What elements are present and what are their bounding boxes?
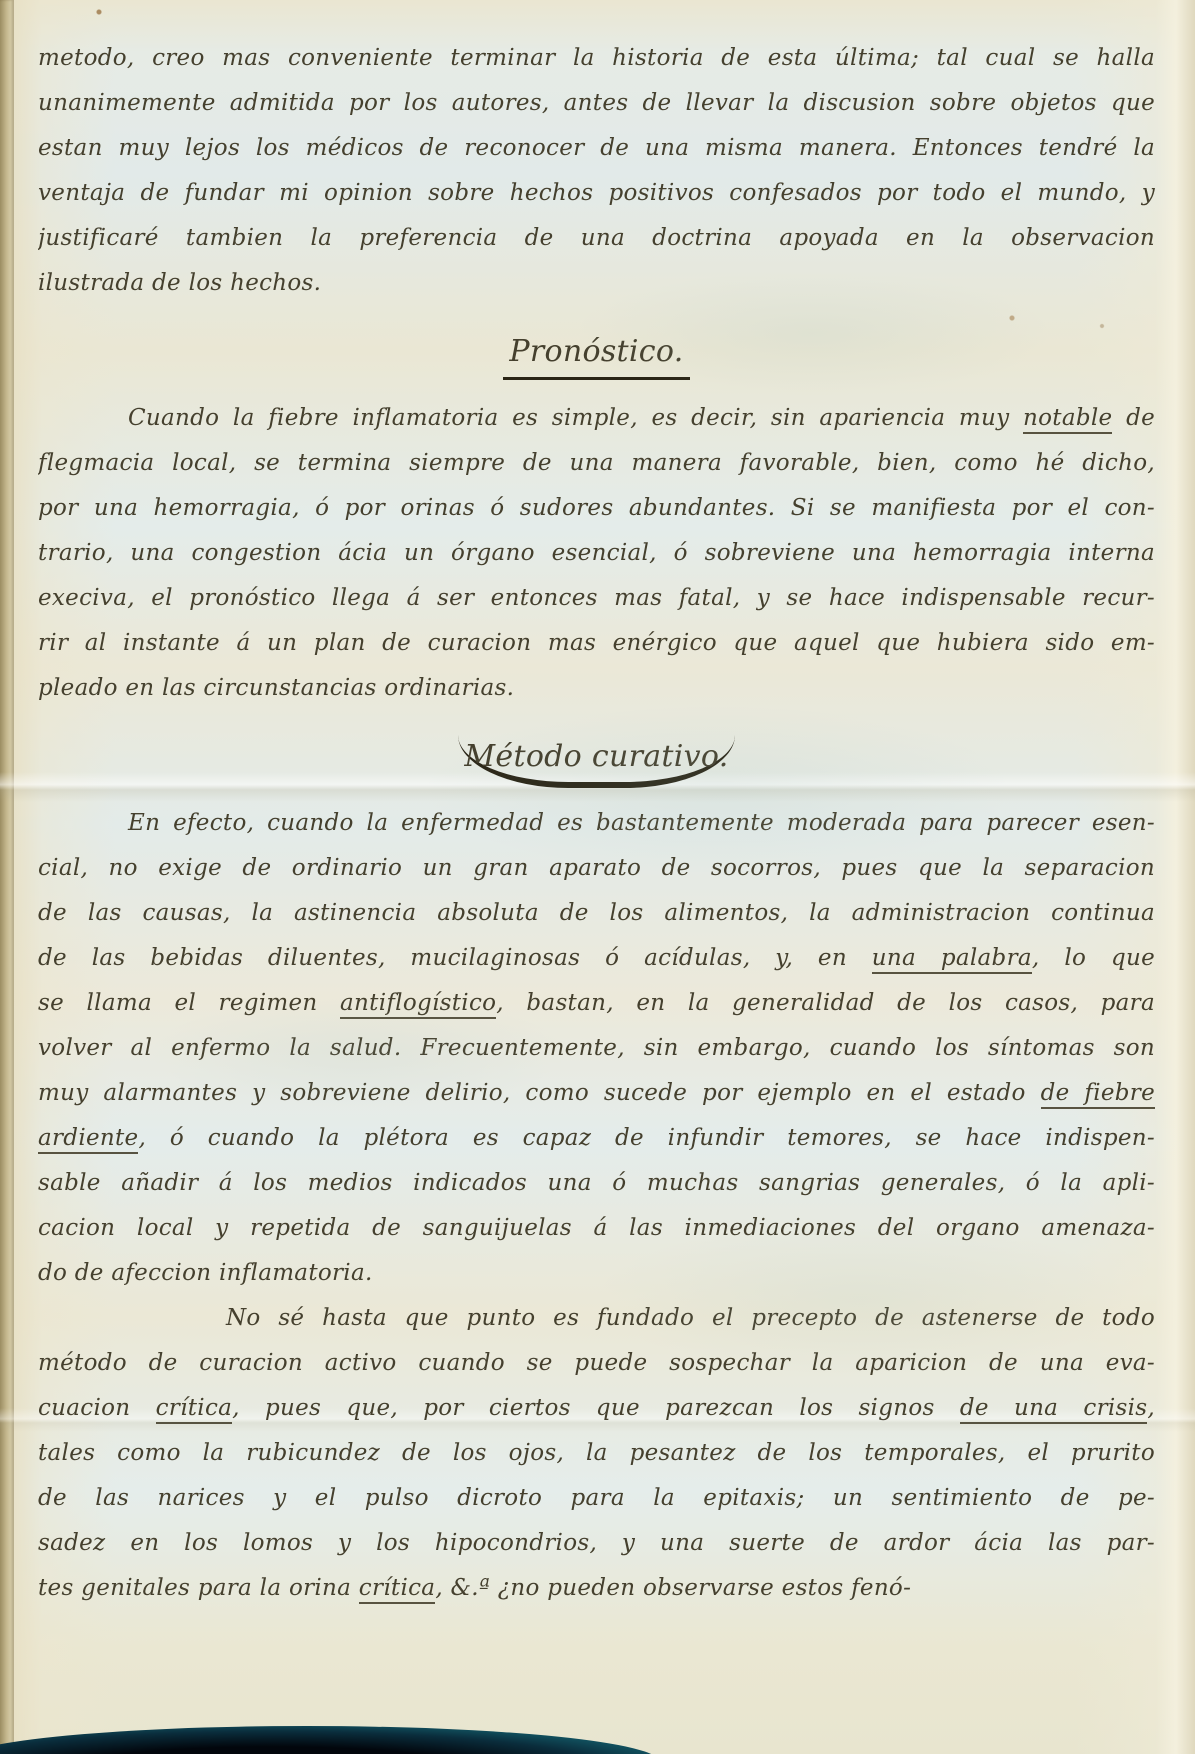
- text-line: rir al instante á un plan de curacion ma…: [38, 621, 1155, 666]
- section-heading: Método curativo.: [38, 735, 1155, 783]
- underlined-phrase: una palabra: [872, 945, 1032, 974]
- underlined-phrase: ardiente: [38, 1125, 138, 1154]
- section-heading-text: Pronóstico.: [503, 330, 689, 380]
- text-line: unanimemente admitida por los autores, a…: [38, 81, 1155, 126]
- text-line: muy alarmantes y sobreviene delirio, com…: [38, 1071, 1155, 1116]
- underlined-phrase: crítica: [359, 1575, 436, 1604]
- text-line: sable añadir á los medios indicados una …: [38, 1161, 1155, 1206]
- text-line: por una hemorragia, ó por orinas ó sudor…: [38, 486, 1155, 531]
- text-line: cuacion crítica, pues que, por ciertos q…: [38, 1386, 1155, 1431]
- section-heading: Pronóstico.: [38, 330, 1155, 378]
- underlined-phrase: de una crisis: [960, 1395, 1148, 1424]
- text-line: do de afeccion inflamatoria.: [38, 1251, 1155, 1296]
- underlined-phrase: antiflogístico: [340, 990, 496, 1019]
- text-line: justificaré tambien la preferencia de un…: [38, 216, 1155, 261]
- underlined-phrase: notable: [1023, 405, 1112, 434]
- text-line: ventaja de fundar mi opinion sobre hecho…: [38, 171, 1155, 216]
- text-line: de las narices y el pulso dicroto para l…: [38, 1476, 1155, 1521]
- text-line: Cuando la fiebre inflamatoria es simple,…: [38, 396, 1155, 441]
- text-line: ilustrada de los hechos.: [38, 261, 1155, 306]
- text-line: de las causas, la astinencia absoluta de…: [38, 891, 1155, 936]
- book-marbled-edge: [0, 1726, 660, 1754]
- manuscript-page-scan: metodo, creo mas conveniente terminar la…: [0, 0, 1195, 1754]
- text-line: flegmacia local, se termina siempre de u…: [38, 441, 1155, 486]
- text-line: sadez en los lomos y los hipocondrios, y…: [38, 1521, 1155, 1566]
- paragraph: En efecto, cuando la enfermedad es basta…: [38, 801, 1155, 1296]
- page-content: metodo, creo mas conveniente terminar la…: [0, 36, 1195, 1611]
- text-line: se llama el regimen antiflogístico, bast…: [38, 981, 1155, 1026]
- text-line: execiva, el pronóstico llega á ser enton…: [38, 576, 1155, 621]
- paragraph: metodo, creo mas conveniente terminar la…: [38, 36, 1155, 306]
- text-line: cacion local y repetida de sanguijuelas …: [38, 1206, 1155, 1251]
- paragraph: Cuando la fiebre inflamatoria es simple,…: [38, 396, 1155, 711]
- text-line: cial, no exige de ordinario un gran apar…: [38, 846, 1155, 891]
- text-line: de las bebidas diluentes, mucilaginosas …: [38, 936, 1155, 981]
- text-line: volver al enfermo la salud. Frecuentemen…: [38, 1026, 1155, 1071]
- text-line: estan muy lejos los médicos de reconocer…: [38, 126, 1155, 171]
- text-line: pleado en las circunstancias ordinarias.: [38, 666, 1155, 711]
- section-heading-text: Método curativo.: [458, 735, 734, 788]
- text-line: método de curacion activo cuando se pued…: [38, 1341, 1155, 1386]
- underlined-phrase: crítica: [156, 1395, 233, 1424]
- text-line: metodo, creo mas conveniente terminar la…: [38, 36, 1155, 81]
- paragraph: No sé hasta que punto es fundado el prec…: [38, 1296, 1155, 1611]
- text-line: No sé hasta que punto es fundado el prec…: [38, 1296, 1155, 1341]
- text-line: tales como la rubicundez de los ojos, la…: [38, 1431, 1155, 1476]
- text-line: ardiente, ó cuando la plétora es capaz d…: [38, 1116, 1155, 1161]
- text-line: trario, una congestion ácia un órgano es…: [38, 531, 1155, 576]
- text-line: En efecto, cuando la enfermedad es basta…: [38, 801, 1155, 846]
- text-line: tes genitales para la orina crítica, &.ª…: [38, 1566, 1155, 1611]
- underlined-phrase: de fiebre: [1041, 1080, 1155, 1109]
